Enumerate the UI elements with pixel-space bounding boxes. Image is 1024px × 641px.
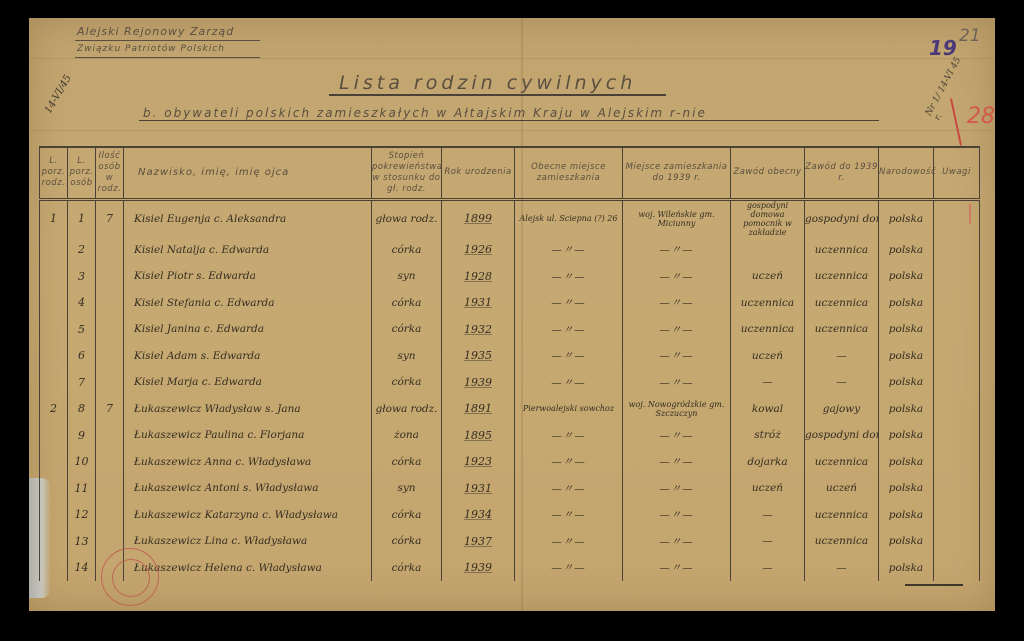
cell-relation: córka	[372, 502, 442, 529]
cell-occupation-1939: uczennica	[805, 528, 879, 555]
table-row: 5Kisiel Janina c. Edwardacórka1932—〃——〃—…	[40, 316, 980, 343]
table-row: 6Kisiel Adam s. Edwardasyn1935—〃——〃—ucze…	[40, 343, 980, 370]
cell-notes	[934, 528, 980, 555]
red-pencil-mark	[950, 98, 962, 145]
cell-residence-1939: —〃—	[623, 502, 731, 529]
cell-family-count	[96, 290, 124, 317]
cell-name: Łukaszewicz Władysław s. Jana	[124, 396, 372, 423]
cell-birth-year: 1928	[442, 263, 515, 290]
cell-person-no: 8	[68, 396, 96, 423]
cell-notes	[934, 316, 980, 343]
cell-current-residence: —〃—	[515, 528, 623, 555]
cell-family-count	[96, 369, 124, 396]
cell-current-residence: —〃—	[515, 290, 623, 317]
cell-nationality: polska	[879, 316, 934, 343]
cell-occupation-now: kowal	[731, 396, 805, 423]
cell-occupation-now: —	[731, 555, 805, 582]
cell-person-no: 12	[68, 502, 96, 529]
cell-name: Kisiel Marja c. Edwarda	[124, 369, 372, 396]
cell-family-count	[96, 422, 124, 449]
cell-residence-1939: —〃—	[623, 290, 731, 317]
cell-person-no: 7	[68, 369, 96, 396]
cell-name: Kisiel Adam s. Edwarda	[124, 343, 372, 370]
cell-relation: córka	[372, 316, 442, 343]
cell-notes	[934, 422, 980, 449]
cell-relation: córka	[372, 237, 442, 264]
document-title: Lista rodzin cywilnych	[329, 72, 666, 96]
cell-residence-1939: —〃—	[623, 528, 731, 555]
cell-nationality: polska	[879, 369, 934, 396]
cell-name: Kisiel Natalja c. Edwarda	[124, 237, 372, 264]
cell-family-no	[40, 369, 68, 396]
document-subtitle: b. obywateli polskich zamieszkałych w Ał…	[139, 106, 879, 121]
cell-family-count	[96, 475, 124, 502]
scanned-document-page: Alejski Rejonowy Zarząd Związku Patriotó…	[29, 18, 995, 611]
cell-name: Łukaszewicz Anna c. Władysława	[124, 449, 372, 476]
cell-residence-1939: woj. Nowogródzkie gm. Szczuczyn	[623, 396, 731, 423]
column-header-relation: Stopień pokrewieństwa w stosunku do gł. …	[372, 147, 442, 199]
cell-occupation-1939: —	[805, 555, 879, 582]
cell-occupation-now: —	[731, 528, 805, 555]
cell-current-residence: Alejsk ul. Sciepna (?) 26	[515, 199, 623, 237]
cell-notes	[934, 369, 980, 396]
cell-occupation-1939: uczennica	[805, 263, 879, 290]
cell-nationality: polska	[879, 555, 934, 582]
cell-birth-year: 1931	[442, 475, 515, 502]
cell-person-no: 10	[68, 449, 96, 476]
cell-person-no: 6	[68, 343, 96, 370]
red-round-stamp	[101, 548, 159, 606]
cell-current-residence: Pierwoalejski sowchoz	[515, 396, 623, 423]
cell-occupation-now: uczeń	[731, 263, 805, 290]
cell-relation: syn	[372, 343, 442, 370]
cell-name: Kisiel Eugenja c. Aleksandra	[124, 199, 372, 237]
cell-name: Łukaszewicz Helena c. Władysława	[124, 555, 372, 582]
cell-family-count	[96, 343, 124, 370]
cell-notes	[934, 199, 980, 237]
cell-family-count: 7	[96, 199, 124, 237]
cell-family-count	[96, 502, 124, 529]
cell-birth-year: 1937	[442, 528, 515, 555]
cell-person-no: 14	[68, 555, 96, 582]
cell-family-no	[40, 449, 68, 476]
ruled-line	[29, 58, 995, 59]
table-row: 3Kisiel Piotr s. Edwardasyn1928—〃——〃—ucz…	[40, 263, 980, 290]
cell-family-count	[96, 237, 124, 264]
cell-family-no	[40, 237, 68, 264]
cell-nationality: polska	[879, 199, 934, 237]
cell-person-no: 4	[68, 290, 96, 317]
cell-residence-1939: —〃—	[623, 237, 731, 264]
cell-nationality: polska	[879, 396, 934, 423]
cell-current-residence: —〃—	[515, 263, 623, 290]
cell-name: Kisiel Piotr s. Edwarda	[124, 263, 372, 290]
cell-birth-year: 1899	[442, 199, 515, 237]
cell-person-no: 5	[68, 316, 96, 343]
cell-nationality: polska	[879, 422, 934, 449]
cell-birth-year: 1895	[442, 422, 515, 449]
cell-birth-year: 1926	[442, 237, 515, 264]
column-header-person-no: L. porz. osób	[68, 147, 96, 199]
red-number: 28	[967, 104, 995, 129]
cell-residence-1939: —〃—	[623, 475, 731, 502]
cell-notes	[934, 290, 980, 317]
organization-line-1: Alejski Rejonowy Zarząd	[75, 24, 260, 41]
cell-occupation-now: —	[731, 369, 805, 396]
cell-nationality: polska	[879, 290, 934, 317]
cell-family-no	[40, 263, 68, 290]
cell-residence-1939: —〃—	[623, 316, 731, 343]
cell-family-no	[40, 528, 68, 555]
cell-birth-year: 1891	[442, 396, 515, 423]
cell-occupation-1939: uczeń	[805, 475, 879, 502]
table-row: 4Kisiel Stefania c. Edwardacórka1931—〃——…	[40, 290, 980, 317]
cell-relation: córka	[372, 555, 442, 582]
cell-occupation-now: uczennica	[731, 316, 805, 343]
cell-relation: córka	[372, 290, 442, 317]
column-header-name: Nazwisko, imię, imię ojca	[124, 147, 372, 199]
cell-notes	[934, 475, 980, 502]
cell-family-no	[40, 422, 68, 449]
cell-person-no: 9	[68, 422, 96, 449]
cell-residence-1939: woj. Wileńskie gm. Miciunny	[623, 199, 731, 237]
cell-nationality: polska	[879, 263, 934, 290]
cell-name: Kisiel Stefania c. Edwarda	[124, 290, 372, 317]
cell-notes	[934, 396, 980, 423]
cell-relation: głowa rodz.	[372, 396, 442, 423]
cell-residence-1939: —〃—	[623, 263, 731, 290]
cell-family-no	[40, 475, 68, 502]
cell-occupation-1939: uczennica	[805, 449, 879, 476]
cell-person-no: 13	[68, 528, 96, 555]
cell-current-residence: —〃—	[515, 475, 623, 502]
cell-occupation-1939: uczennica	[805, 290, 879, 317]
cell-relation: głowa rodz.	[372, 199, 442, 237]
cell-current-residence: —〃—	[515, 237, 623, 264]
cell-family-no	[40, 555, 68, 582]
cell-person-no: 2	[68, 237, 96, 264]
table-row: 7Kisiel Marja c. Edwardacórka1939—〃——〃——…	[40, 369, 980, 396]
cell-birth-year: 1935	[442, 343, 515, 370]
cell-residence-1939: —〃—	[623, 422, 731, 449]
cell-current-residence: —〃—	[515, 316, 623, 343]
date-annotation: 14-VI/45	[43, 73, 74, 115]
cell-person-no: 11	[68, 475, 96, 502]
table-row: 9Łukaszewicz Paulina c. Florjanażona1895…	[40, 422, 980, 449]
cell-family-no: 1	[40, 199, 68, 237]
column-header-family-no: L. porz. rodz.	[40, 147, 68, 199]
cell-family-no	[40, 290, 68, 317]
cell-notes	[934, 449, 980, 476]
table-row: 287Łukaszewicz Władysław s. Janagłowa ro…	[40, 396, 980, 423]
cell-person-no: 1	[68, 199, 96, 237]
cell-current-residence: —〃—	[515, 422, 623, 449]
cell-nationality: polska	[879, 502, 934, 529]
cell-residence-1939: —〃—	[623, 369, 731, 396]
cell-notes	[934, 237, 980, 264]
cell-name: Łukaszewicz Katarzyna c. Władysława	[124, 502, 372, 529]
cell-current-residence: —〃—	[515, 343, 623, 370]
cell-family-count	[96, 263, 124, 290]
cell-occupation-1939: —	[805, 343, 879, 370]
cell-occupation-1939: uczennica	[805, 502, 879, 529]
cell-occupation-1939: —	[805, 369, 879, 396]
cell-nationality: polska	[879, 237, 934, 264]
cell-name: Kisiel Janina c. Edwarda	[124, 316, 372, 343]
cell-relation: syn	[372, 263, 442, 290]
cell-relation: córka	[372, 528, 442, 555]
cell-birth-year: 1931	[442, 290, 515, 317]
table-row: 12Łukaszewicz Katarzyna c. Władysławacór…	[40, 502, 980, 529]
cell-occupation-now: uczeń	[731, 475, 805, 502]
cell-person-no: 3	[68, 263, 96, 290]
column-header-occupation-1939: Zawód do 1939 r.	[805, 147, 879, 199]
cell-current-residence: —〃—	[515, 449, 623, 476]
end-of-list-mark	[905, 584, 963, 586]
cell-family-no	[40, 343, 68, 370]
cell-notes	[934, 502, 980, 529]
cell-residence-1939: —〃—	[623, 449, 731, 476]
cell-birth-year: 1923	[442, 449, 515, 476]
cell-nationality: polska	[879, 343, 934, 370]
column-header-notes: Uwagi	[934, 147, 980, 199]
cell-notes	[934, 263, 980, 290]
cell-occupation-now: uczeń	[731, 343, 805, 370]
table-header-row: L. porz. rodz. L. porz. osób Ilość osób …	[40, 147, 980, 199]
cell-birth-year: 1939	[442, 555, 515, 582]
cell-occupation-1939: uczennica	[805, 237, 879, 264]
column-header-occupation-now: Zawód obecny	[731, 147, 805, 199]
column-header-nationality: Narodowość	[879, 147, 934, 199]
cell-nationality: polska	[879, 528, 934, 555]
cell-occupation-1939: gajowy	[805, 396, 879, 423]
organization-line-2: Związku Patriotów Polskich	[75, 41, 260, 58]
cell-name: Łukaszewicz Antoni s. Władysława	[124, 475, 372, 502]
cell-relation: córka	[372, 449, 442, 476]
cell-name: Łukaszewicz Paulina c. Florjana	[124, 422, 372, 449]
cell-occupation-1939: uczennica	[805, 316, 879, 343]
cell-occupation-now: uczennica	[731, 290, 805, 317]
cell-relation: syn	[372, 475, 442, 502]
cell-family-count	[96, 316, 124, 343]
table-row: 2Kisiel Natalja c. Edwardacórka1926—〃——〃…	[40, 237, 980, 264]
cell-family-count: 7	[96, 396, 124, 423]
cell-residence-1939: —〃—	[623, 555, 731, 582]
cell-current-residence: —〃—	[515, 369, 623, 396]
table-row: 11Łukaszewicz Antoni s. Władysławasyn193…	[40, 475, 980, 502]
cell-occupation-now	[731, 237, 805, 264]
ruled-line	[29, 130, 995, 131]
cell-occupation-now: gospodyni domowa pomocnik w zakładzie	[731, 199, 805, 237]
cell-family-no: 2	[40, 396, 68, 423]
organization-header: Alejski Rejonowy Zarząd Związku Patriotó…	[75, 24, 260, 58]
cell-current-residence: —〃—	[515, 502, 623, 529]
cell-occupation-1939: gospodyni domowa	[805, 199, 879, 237]
cell-notes	[934, 343, 980, 370]
cell-residence-1939: —〃—	[623, 343, 731, 370]
cell-nationality: polska	[879, 475, 934, 502]
cell-nationality: polska	[879, 449, 934, 476]
cell-family-count	[96, 449, 124, 476]
table-row: 14Łukaszewicz Helena c. Władysławacórka1…	[40, 555, 980, 582]
cell-notes	[934, 555, 980, 582]
page-number: 21	[959, 26, 981, 46]
column-header-current-residence: Obecne miejsce zamieszkania	[515, 147, 623, 199]
cell-name: Łukaszewicz Lina c. Władysława	[124, 528, 372, 555]
cell-relation: córka	[372, 369, 442, 396]
cell-occupation-now: stróż	[731, 422, 805, 449]
cell-relation: żona	[372, 422, 442, 449]
cell-current-residence: —〃—	[515, 555, 623, 582]
column-header-family-count: Ilość osób w rodz.	[96, 147, 124, 199]
table-row: 10Łukaszewicz Anna c. Władysławacórka192…	[40, 449, 980, 476]
cell-occupation-now: —	[731, 502, 805, 529]
cell-birth-year: 1939	[442, 369, 515, 396]
cell-family-no	[40, 502, 68, 529]
cell-occupation-now: dojarka	[731, 449, 805, 476]
cell-occupation-1939: gospodyni domowa	[805, 422, 879, 449]
cell-birth-year: 1934	[442, 502, 515, 529]
cell-birth-year: 1932	[442, 316, 515, 343]
column-header-birth-year: Rok urodzenia	[442, 147, 515, 199]
families-table: L. porz. rodz. L. porz. osób Ilość osób …	[39, 146, 980, 581]
cell-family-no	[40, 316, 68, 343]
table-row: 13Łukaszewicz Lina c. Władysławacórka193…	[40, 528, 980, 555]
column-header-residence-1939: Miejsce zamieszkania do 1939 r.	[623, 147, 731, 199]
table-row: 117Kisiel Eugenja c. Aleksandragłowa rod…	[40, 199, 980, 237]
